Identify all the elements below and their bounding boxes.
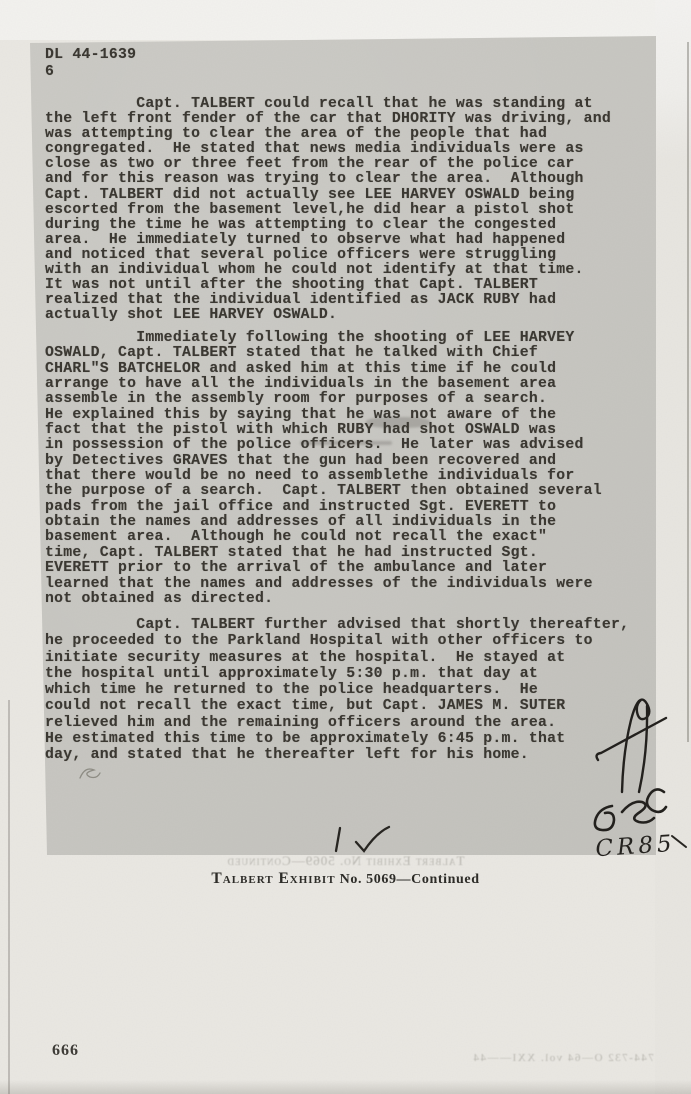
exhibit-caption-title: Talbert Exhibit [211,870,335,887]
book-edge-line-right [687,42,689,742]
scan-bottom-shadow [0,1080,691,1094]
file-number-header: DL 44-1639 6 [45,47,136,81]
paragraph-1: Capt. TALBERT could recall that he was s… [45,97,611,323]
exhibit-caption: Talbert Exhibit No. 5069—Continued [0,870,691,888]
paragraph-2: Immediately following the shooting of LE… [45,331,602,607]
paragraph-3: Capt. TALBERT further advised that short… [45,617,629,764]
caption-showthrough-ghost: Talbert Exhibit No. 5069—Continued [0,853,691,869]
book-edge-line-left [8,700,10,1094]
scan-right-margin [655,0,691,1094]
scan-top-margin [0,0,691,40]
exhibit-caption-number: No. 5069—Continued [336,872,480,887]
page-number: 666 [52,1042,79,1060]
print-showthrough-text: 744-732 O—64 vol. XXI——44 [440,1052,686,1064]
scanned-document-page: { "document": { "header_lines": ["DL 44-… [0,0,691,1094]
